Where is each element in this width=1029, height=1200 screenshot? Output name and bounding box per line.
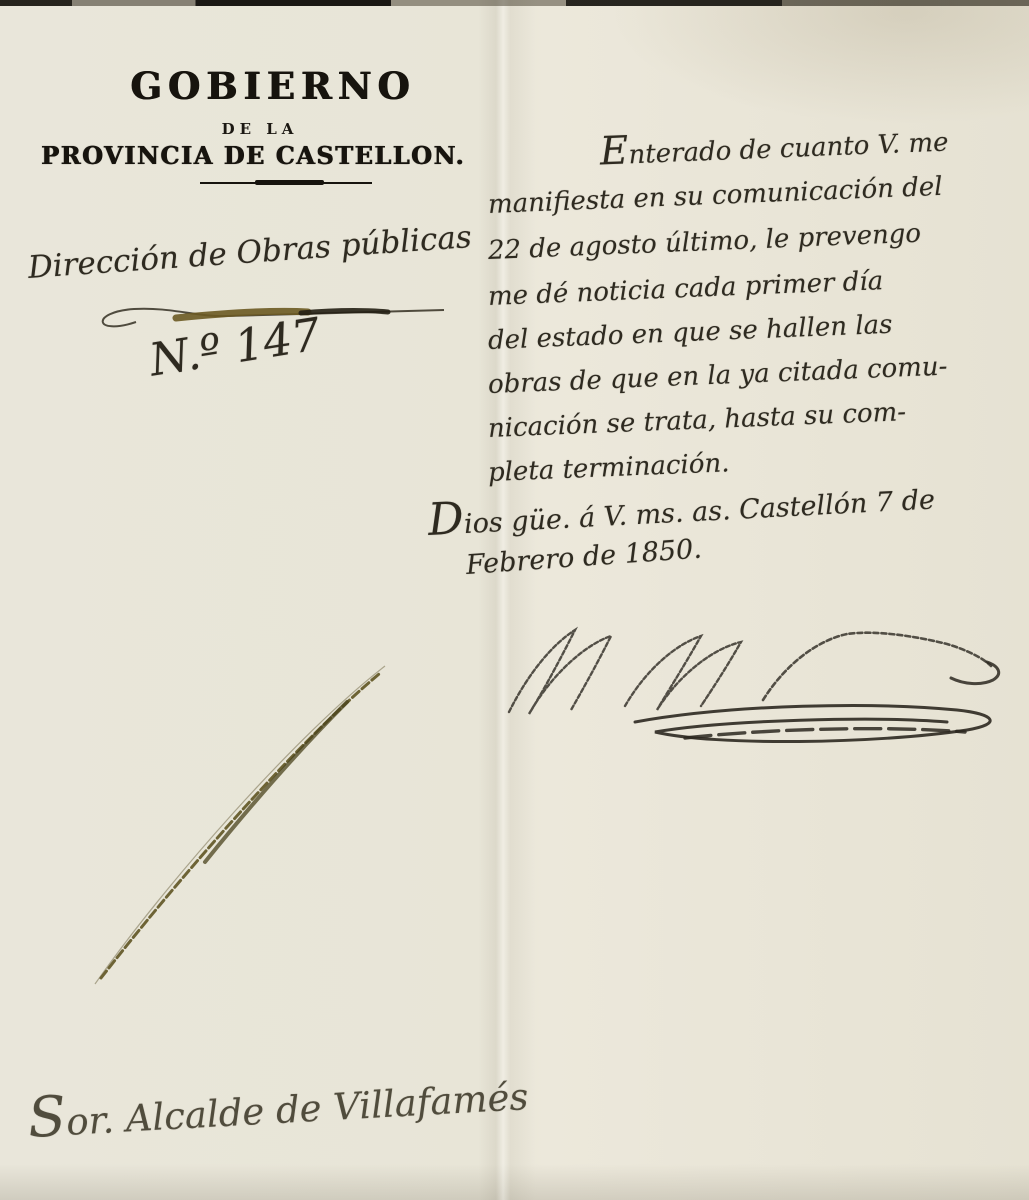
body-line: manifiesta en su comunicación del xyxy=(487,172,943,220)
body-line: me dé noticia cada primer día xyxy=(487,266,883,312)
department-line: Dirección de Obras públicas xyxy=(27,219,473,286)
letterhead-divider-rule xyxy=(200,179,372,187)
letterhead-de-la: DE LA xyxy=(130,120,390,138)
divider-thick-dash xyxy=(255,180,324,185)
letterhead-gobierno: GOBIERNO xyxy=(130,64,390,108)
letterhead-provincia: PROVINCIA DE CASTELLON. xyxy=(28,141,478,170)
addressee-line: Sor. Alcalde de Villafamés xyxy=(26,1058,530,1151)
scanned-letter-page: GOBIERNO DE LA PROVINCIA DE CASTELLON. D… xyxy=(0,0,1029,1200)
body-line: obras de que en la ya citada comu- xyxy=(487,352,948,400)
body-line: del estado en que se hallen las xyxy=(487,310,893,356)
body-line: nicación se trata, hasta su com- xyxy=(487,397,906,444)
body-line: 22 de agosto último, le prevengo xyxy=(487,219,921,266)
diagonal-pen-stroke xyxy=(85,652,405,992)
signature-flourish xyxy=(495,610,1017,752)
body-line: Enterado de cuanto V. me xyxy=(487,116,949,179)
